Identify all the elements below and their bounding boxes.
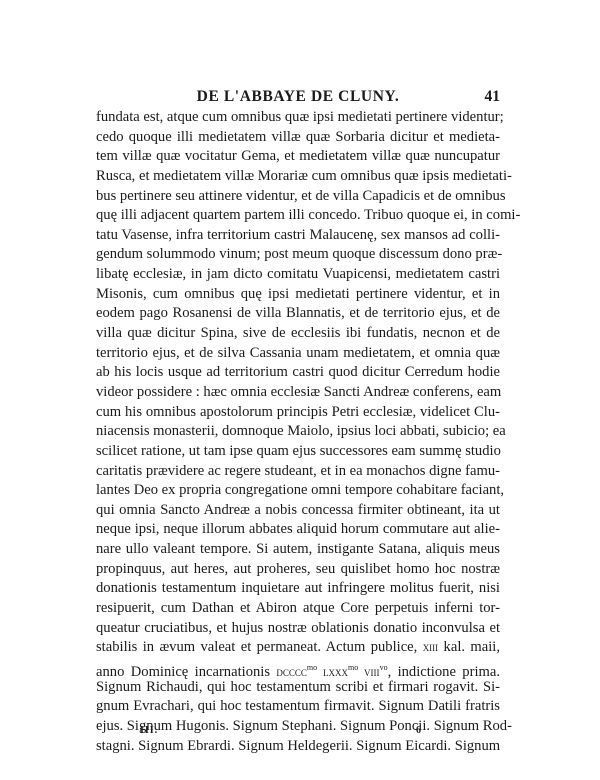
text-line: tatu Vasense, infra territorium castri M… — [96, 226, 500, 246]
text-line: donationis testamentum inquietare aut in… — [96, 579, 500, 599]
text-line: gendum solummodo vinum; post meum quoque… — [96, 245, 500, 265]
sheet-signature: 6 — [416, 725, 421, 736]
text-line: Misonis, cum omnibus quę ipsi medietati … — [96, 285, 500, 305]
text-line: caritatis prævidere ac regere studeant, … — [96, 462, 500, 482]
body-text: fundata est, atque cum omnibus quæ ipsi … — [96, 108, 500, 756]
text-line: eodem pago Rosanensi de villa Blannatis,… — [96, 304, 500, 324]
running-title: DE L'ABBAYE DE CLUNY. — [96, 88, 500, 106]
text-line: fundata est, atque cum omnibus quæ ipsi … — [96, 108, 500, 128]
text-line: niacensis monasterii, domnoque Maiolo, i… — [96, 422, 500, 442]
text-line: Rusca, et medietatem villæ Morariæ cum o… — [96, 167, 500, 187]
text-line: villa quæ dicitur Spina, sive de ecclesi… — [96, 324, 500, 344]
text-line: gnum Evrachari, qui hoc testamentum firm… — [96, 697, 500, 717]
text-line: lantes Deo ex propria congregatione omni… — [96, 481, 500, 501]
book-page: DE L'ABBAYE DE CLUNY. 41 fundata est, at… — [0, 0, 600, 780]
roman-numeral-year: dcccc — [276, 665, 307, 679]
page-number: 41 — [485, 88, 501, 106]
text-line: propinquus, aut heres, aut proheres, seu… — [96, 560, 500, 580]
text-line: qui omnia Sancto Andreæ a nobis concessa… — [96, 501, 500, 521]
text-line: scilicet ratione, ut tam ipse quam ejus … — [96, 442, 500, 462]
text-line: territorio ejus, et de silva Cassania un… — [96, 344, 500, 364]
text-line: neque ipsi, neque illorum abbates aliqui… — [96, 520, 500, 540]
text-line: libatę ecclesiæ, in jam dicto comitatu V… — [96, 265, 500, 285]
text-line: videor possidere : hæc omnia ecclesiæ Sa… — [96, 383, 500, 403]
text-line: ab his locis usque ad territorium castri… — [96, 363, 500, 383]
text-line: bus pertinere seu attinere videntur, et … — [96, 187, 500, 207]
text-line: resipuerit, cum Dathan et Abiron atque C… — [96, 599, 500, 619]
page-footer: III. 6 — [96, 725, 500, 741]
text-line: tem villæ quæ vocitatur Gema, et medieta… — [96, 147, 500, 167]
text-line: queatur cruciatibus, et hujus nostræ obl… — [96, 619, 500, 639]
text-line-date: stabilis in ævum valeat et permaneat. Ac… — [96, 638, 500, 658]
roman-numeral-day: xiii — [423, 640, 439, 654]
text-line: quę illi adjacent quartem partem illi co… — [96, 206, 500, 226]
running-head: DE L'ABBAYE DE CLUNY. 41 — [96, 88, 500, 108]
volume-signature: III. — [140, 725, 158, 736]
text-line: Signum Richaudi, qui hoc testamentum scr… — [96, 678, 500, 698]
text-line: nare ullo valeant tempore. Si autem, ins… — [96, 540, 500, 560]
text-line-year: anno Dominicę incarnationis dccccmo lxxx… — [96, 658, 500, 678]
text-line: cum his omnibus apostolorum principis Pe… — [96, 403, 500, 423]
text-line: cedo quoque illi medietatem villæ quæ So… — [96, 128, 500, 148]
